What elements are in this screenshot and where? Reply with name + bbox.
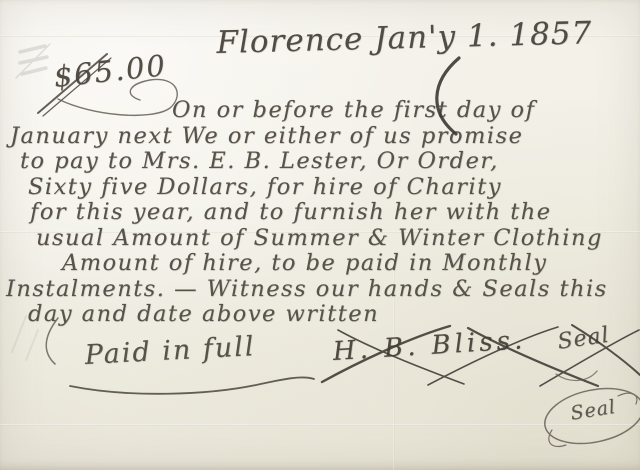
body-line-7: Amount of hire, to be paid in Monthly — [62, 250, 547, 276]
body-line-5: for this year, and to furnish her with t… — [30, 199, 552, 225]
body-line-3: to pay to Mrs. E. B. Lester, Or Order, — [20, 148, 499, 174]
body-line-9: day and date above written — [28, 301, 379, 327]
body-line-8: Instalments. — Witness our hands & Seals… — [6, 276, 608, 302]
body-line-1: On or before the first day of — [172, 97, 535, 123]
document-scan: Florence Jan'y 1. 1857 $65.00 On or befo… — [0, 0, 640, 470]
body-line-6: usual Amount of Summer & Winter Clothing — [36, 225, 603, 251]
body-line-4: Sixty five Dollars, for hire of Charity — [28, 174, 502, 200]
body-line-2: January next We or either of us promise — [10, 123, 523, 149]
fold-crease-horizontal-bottom — [0, 424, 640, 426]
